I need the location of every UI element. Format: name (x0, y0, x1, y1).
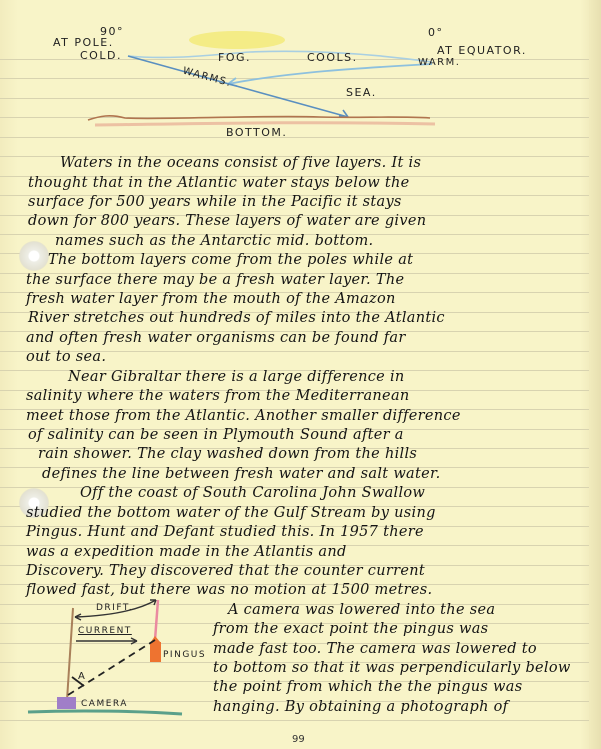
sun-glow (189, 31, 285, 49)
text-line: meet those from the Atlantic. Another sm… (26, 408, 461, 424)
drift-label: DRIFT. (96, 603, 133, 613)
cold-label: COLD. (80, 49, 122, 62)
text-line: The bottom layers come from the poles wh… (48, 252, 413, 268)
text-line: Near Gibraltar there is a large differen… (68, 369, 405, 385)
text-line: studied the bottom water of the Gulf Str… (26, 505, 436, 521)
equator-degree-label: 0° (428, 26, 444, 39)
text-line: the surface there may be a fresh water l… (26, 272, 404, 288)
text-line: Off the coast of South Carolina John Swa… (80, 485, 425, 501)
text-line: rain shower. The clay washed down from t… (38, 446, 417, 462)
pingus-label: PINGUS (163, 650, 206, 660)
text-line: Discovery. They discovered that the coun… (26, 563, 425, 579)
text-line: hanging. By obtaining a photograph of (213, 699, 508, 715)
text-line: Pingus. Hunt and Defant studied this. In… (26, 524, 424, 540)
page-number: 99 (292, 734, 305, 745)
angle-a-label: A (78, 671, 86, 682)
notebook-page: 90° AT POLE. COLD. FOG. COOLS. 0° AT EQU… (0, 0, 601, 749)
text-line: River stretches out hundreds of miles in… (28, 310, 445, 326)
at-pole-label: AT POLE. (53, 36, 114, 49)
text-line: names such as the Antarctic mid. bottom. (55, 233, 373, 249)
text-line: flowed fast, but there was no motion at … (26, 582, 432, 598)
binder-hole (19, 241, 49, 271)
ruled-line (0, 720, 590, 721)
text-line: surface for 500 years while in the Pacif… (28, 194, 402, 210)
text-line: defines the line between fresh water and… (42, 466, 441, 482)
at-equator-label: AT EQUATOR. (437, 44, 527, 57)
text-line: down for 800 years. These layers of wate… (28, 213, 426, 229)
text-line: thought that in the Atlantic water stays… (28, 175, 410, 191)
text-line: out to sea. (26, 349, 106, 365)
sea-label: SEA. (346, 86, 377, 99)
text-line: salinity where the waters from the Medit… (26, 388, 410, 404)
text-line: Waters in the oceans consist of five lay… (60, 155, 421, 171)
text-line: fresh water layer from the mouth of the … (26, 291, 396, 307)
text-line: the point from which the the pingus was (213, 679, 522, 695)
current-label: CURRENT (78, 626, 132, 636)
text-line: from the exact point the pingus was (213, 621, 488, 637)
text-line: and often fresh water organisms can be f… (26, 330, 406, 346)
ocean-circulation-diagram (0, 0, 601, 150)
text-line: made fast too. The camera was lowered to (213, 641, 537, 657)
text-line: was a expedition made in the Atlantis an… (26, 544, 347, 560)
bottom-label: BOTTOM. (226, 126, 287, 139)
text-line: of salinity can be seen in Plymouth Soun… (28, 427, 404, 443)
text-line: A camera was lowered into the sea (228, 602, 495, 618)
fog-label: FOG. (218, 51, 251, 64)
camera-label: CAMERA (81, 699, 128, 709)
warm-label: WARM. (418, 57, 460, 68)
text-line: to bottom so that it was perpendicularly… (213, 660, 571, 676)
cools-label: COOLS. (307, 51, 358, 64)
